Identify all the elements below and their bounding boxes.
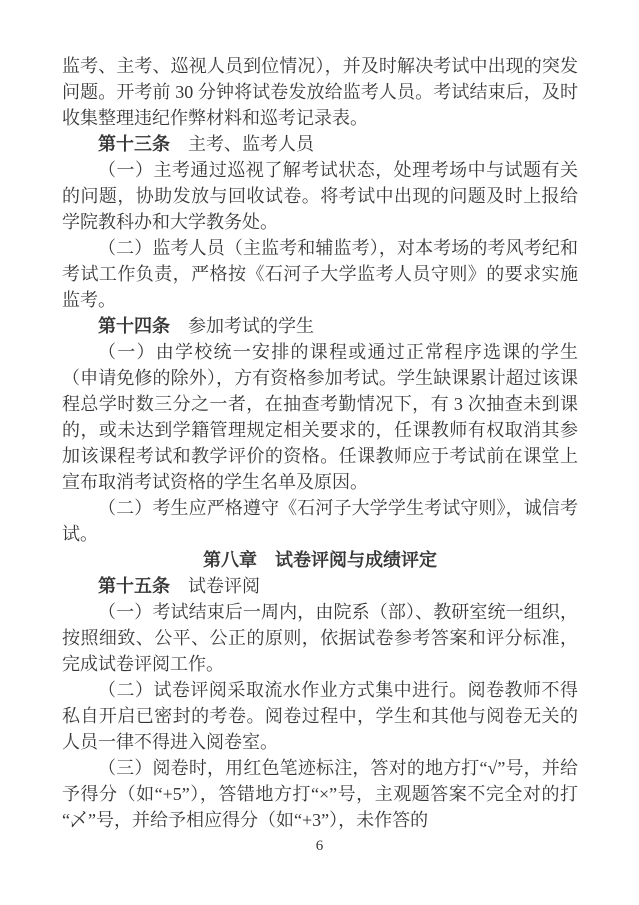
article-heading: 第十三条 主考、监考人员 bbox=[62, 131, 578, 157]
paragraph: （二）试卷评阅采取流水作业方式集中进行。阅卷教师不得私自开启已密封的考卷。阅卷过… bbox=[62, 677, 578, 755]
paragraph: （二）监考人员（主监考和辅监考），对本考场的考风考纪和考试工作负责，严格按《石河… bbox=[62, 235, 578, 313]
article-title: 试卷评阅 bbox=[170, 576, 260, 596]
article-heading: 第十四条 参加考试的学生 bbox=[62, 313, 578, 339]
document-body: 监考、主考、巡视人员到位情况），并及时解决考试中出现的突发问题。开考前 30 分… bbox=[62, 53, 578, 833]
paragraph: （三）阅卷时，用红色笔迹标注，答对的地方打“√”号，并给予得分（如“+5”），答… bbox=[62, 755, 578, 833]
paragraph: 监考、主考、巡视人员到位情况），并及时解决考试中出现的突发问题。开考前 30 分… bbox=[62, 53, 578, 131]
paragraph: （一）考试结束后一周内，由院系（部）、教研室统一组织，按照细致、公平、公正的原则… bbox=[62, 599, 578, 677]
paragraph: （一）主考通过巡视了解考试状态，处理考场中与试题有关的问题，协助发放与回收试卷。… bbox=[62, 157, 578, 235]
paragraph: （一）由学校统一安排的课程或通过正常程序选课的学生（申请免修的除外），方有资格参… bbox=[62, 339, 578, 495]
page-number: 6 bbox=[316, 838, 324, 854]
article-number: 第十四条 bbox=[98, 316, 170, 336]
chapter-heading: 第八章 试卷评阅与成绩评定 bbox=[62, 547, 578, 573]
article-number: 第十三条 bbox=[98, 134, 170, 154]
article-title: 参加考试的学生 bbox=[170, 316, 314, 336]
document-page: 监考、主考、巡视人员到位情况），并及时解决考试中出现的突发问题。开考前 30 分… bbox=[0, 0, 639, 905]
article-title: 主考、监考人员 bbox=[170, 134, 314, 154]
page-footer: 6 bbox=[0, 836, 639, 856]
paragraph: （二）考生应严格遵守《石河子大学学生考试守则》，诚信考试。 bbox=[62, 495, 578, 547]
article-heading: 第十五条 试卷评阅 bbox=[62, 573, 578, 599]
article-number: 第十五条 bbox=[98, 576, 170, 596]
